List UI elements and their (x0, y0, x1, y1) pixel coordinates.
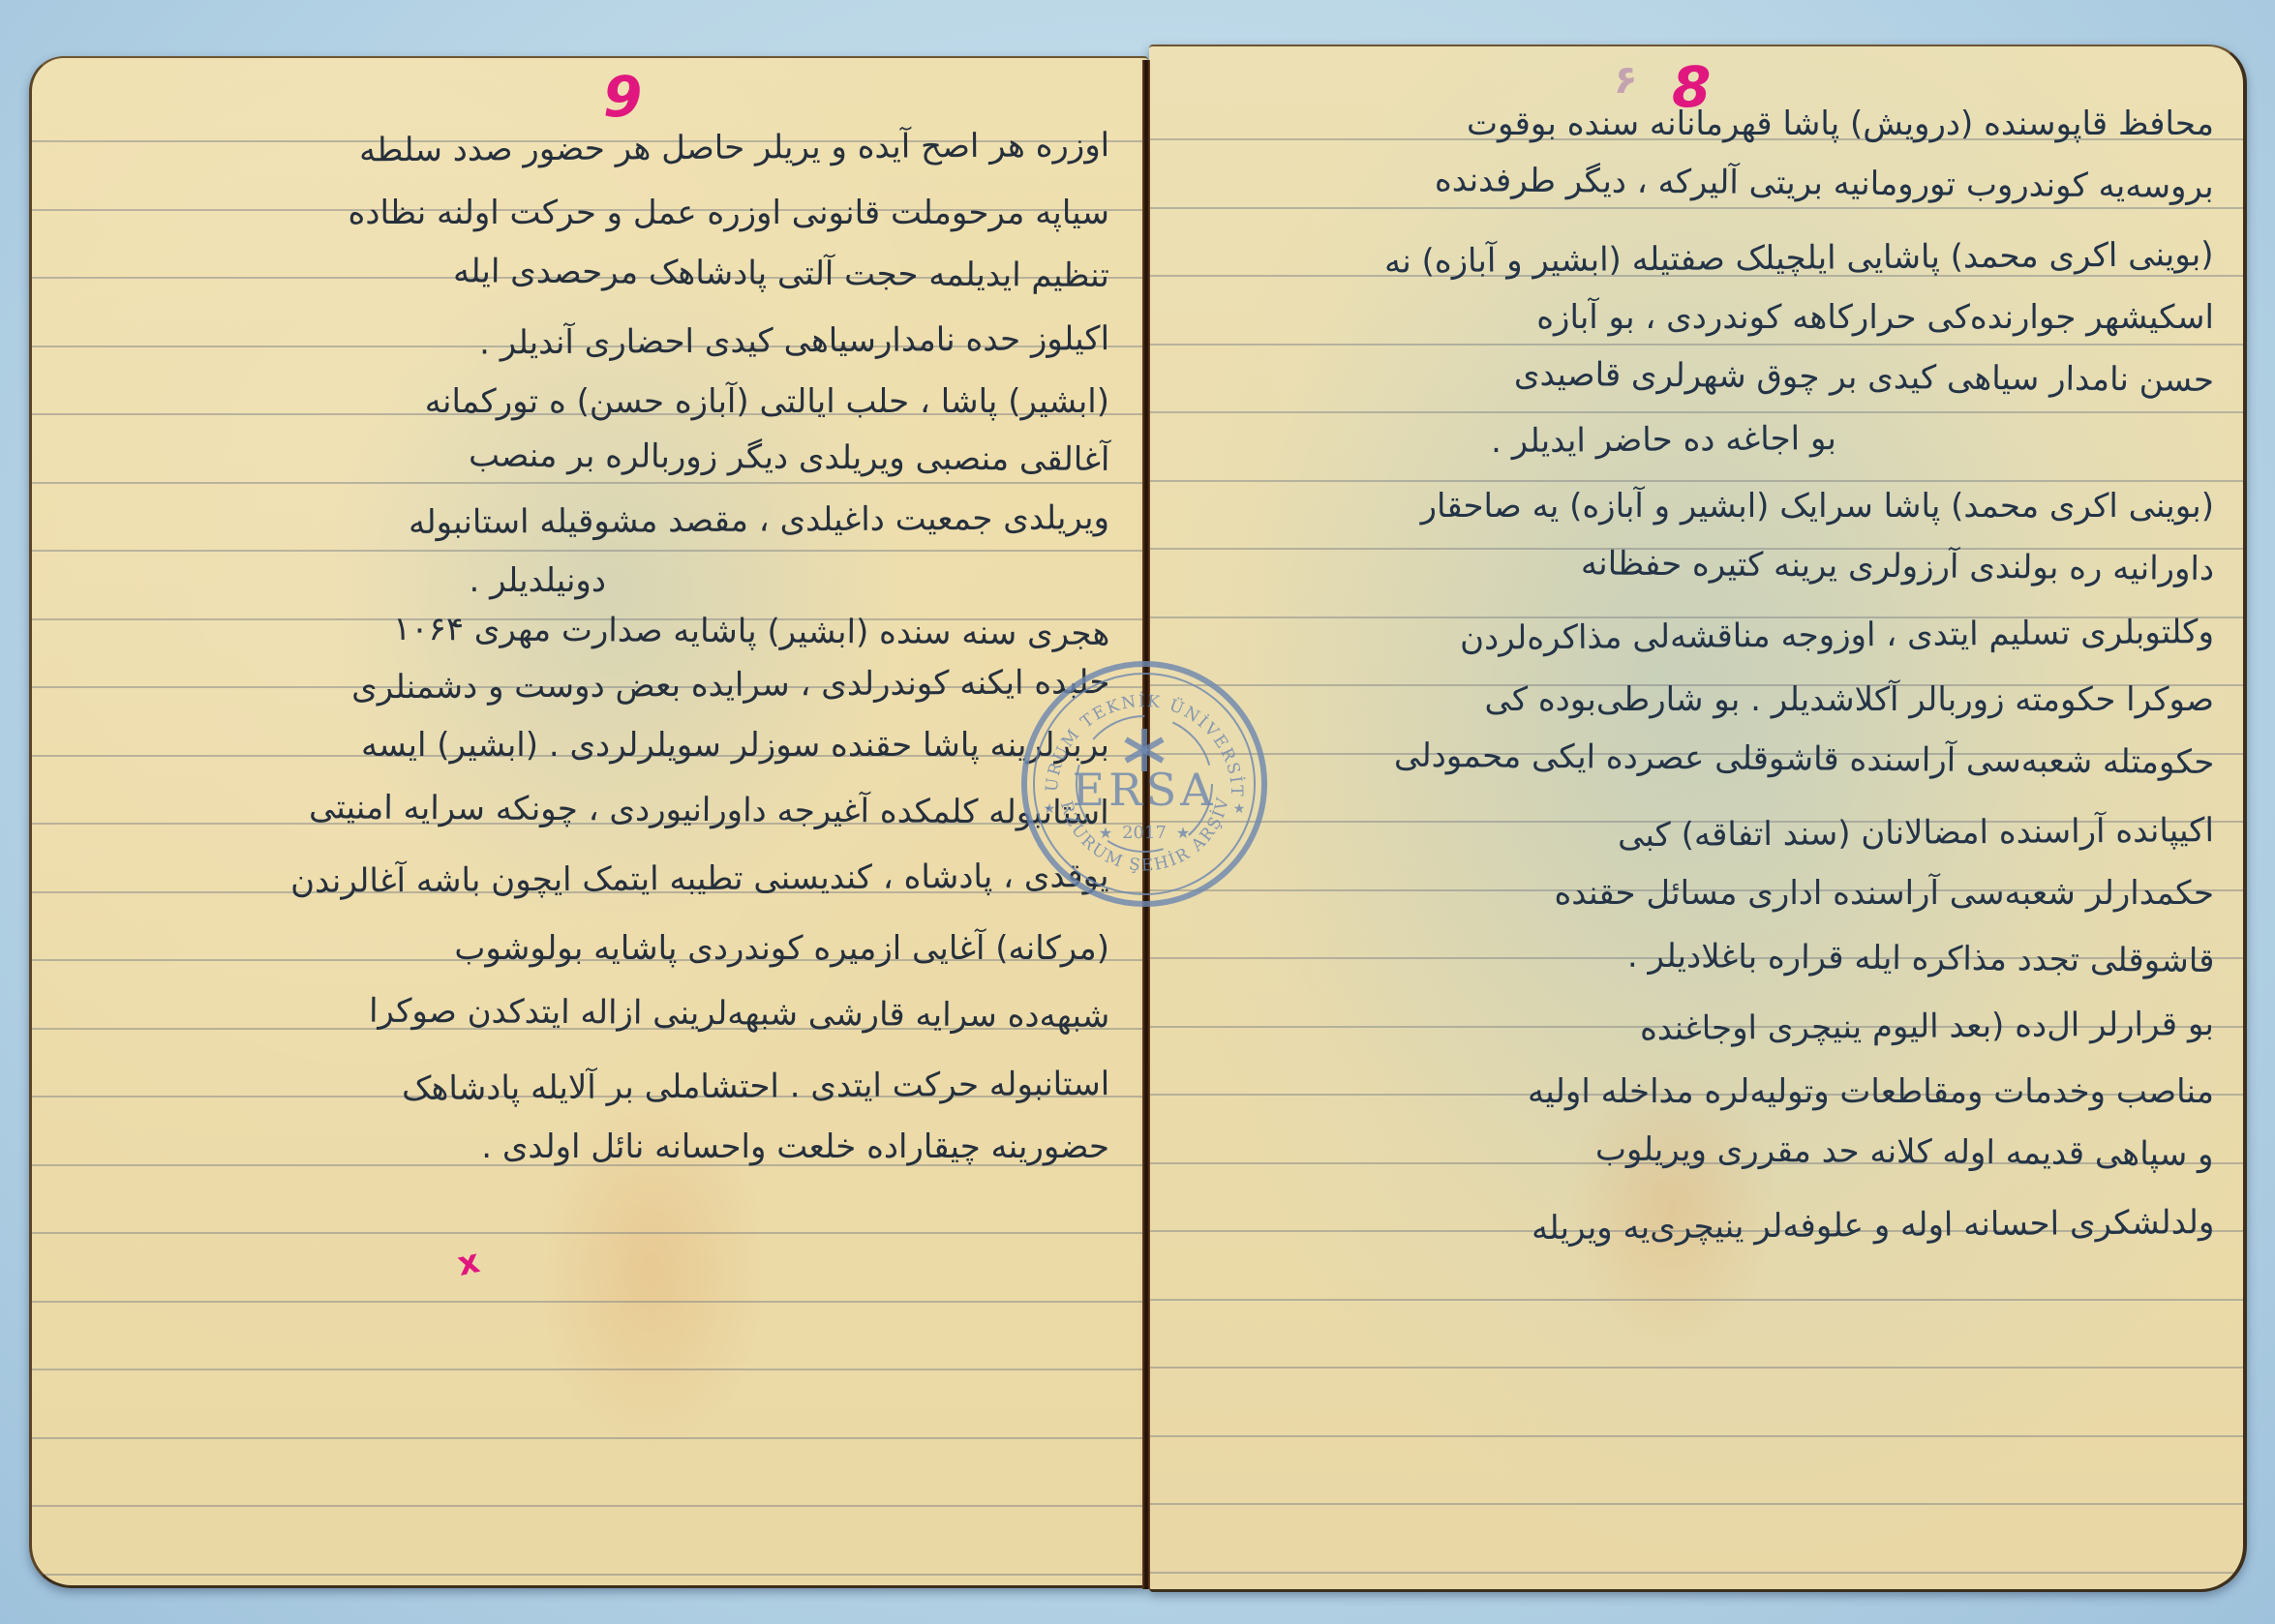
handwritten-line: مناصب وخدمات ومقاطعات وتولیه‌لره مداخله … (1528, 1072, 2214, 1111)
handwritten-line: (ابشیر) پاشا ، حلب ایالتی (آبازه حسن) ه … (425, 382, 1109, 421)
ruled-line (1149, 480, 2243, 482)
ruled-line (32, 1505, 1148, 1507)
handwritten-line: اکیپانده آراسنده امضالانان (سند اتفاقه) … (1618, 811, 2214, 855)
handwritten-line: هجری سنه سنده (ابشیر) پاشایه صدارت مهری … (393, 610, 1110, 653)
ruled-line (1149, 1367, 2243, 1368)
handwritten-line: حضورینه چیقاراده خلعت واحسانه نائل اولدی… (481, 1128, 1109, 1166)
handwritten-line: حکومتله شعبه‌سی آراسنده قاشوقلی عصرده ای… (1394, 737, 2215, 782)
handwritten-line: بربرلرینه پاشا حقنده سوزلر سویلرلردی . (… (361, 726, 1109, 765)
handwritten-line: حلبده ایکنه کوندرلدی ، سرایده بعض دوست و… (350, 663, 1109, 707)
ruled-line (32, 1368, 1148, 1370)
handwritten-line: شبهه‌ده سرایه قارشی شبهه‌لرینی ازاله ایت… (369, 992, 1110, 1036)
right-page: ۶ 8 محافظ قاپوسنده (درویش) پاشا قهرمانان… (1149, 45, 2247, 1592)
margin-mark: x (454, 1242, 483, 1284)
faint-page-number: ۶ (1614, 58, 1637, 103)
handwritten-line: تنظیم ایدیلمه حجت آلتی پادشاهک مرحصدی ای… (453, 252, 1109, 295)
handwritten-line: (بوینی اکری محمد) پاشایی ایلچیلک صفتیله … (1384, 235, 2214, 281)
handwritten-line: دونیلدیلر . (470, 561, 606, 600)
handwritten-line: یوقدی ، پادشاه ، کندیسنی تطیبه ایتمک ایچ… (290, 857, 1109, 901)
handwritten-line: اسکیشهر جوارنده‌کی حرارکاهه کوندردی ، بو… (1536, 298, 2214, 337)
handwritten-line: اکیلوز حده نامدارسیاهی کیدی احضاری آندیل… (479, 319, 1109, 363)
handwritten-line: محافظ قاپوسنده (درویش) پاشا قهرمانانه سن… (1467, 105, 2214, 143)
handwritten-line: بروسه‌یه کوندروب تورومانیه بریتی آلیرکه … (1435, 161, 2214, 206)
ruled-line (32, 550, 1148, 552)
handwritten-line: حکمدارلر شعبه‌سی آراسنده اداری مسائل حقن… (1554, 874, 2214, 913)
page-number-left: 9 (603, 64, 642, 130)
ruled-line (1149, 344, 2243, 346)
handwritten-line: داورانیه ره بولندی آرزولری یرینه کتیره ح… (1581, 544, 2214, 588)
handwritten-line: ویریلدی جمعیت داغیلدی ، مقصد مشوقیله است… (409, 498, 1109, 542)
ruled-line (1149, 1572, 2243, 1574)
left-page: 9 x اوزره هر اصح آیده و یریلر حاصل هر حض… (29, 56, 1148, 1588)
handwritten-line: بو اجاغه ده حاضر ایدیلر . (1491, 419, 1836, 461)
handwritten-line: (مرکانه) آغایی ازمیره کوندردی پاشایه بول… (454, 929, 1109, 968)
ruled-line (32, 1232, 1148, 1234)
ruled-line (1149, 1435, 2243, 1437)
ruled-line (1149, 1503, 2243, 1505)
handwritten-line: وکلتوبلری تسلیم ایتدی ، اوزوجه مناقشه‌لی… (1460, 613, 2214, 658)
handwritten-line: بو قرارلر ال‌ده (بعد الیوم ینیچری اوجاغن… (1640, 1005, 2214, 1048)
handwritten-line: ولدلشکری احسانه اوله و علوفه‌لر ینیچری‌ی… (1532, 1203, 2215, 1248)
handwritten-line: حسن نامدار سیاهی کیدی بر چوق شهرلری قاصی… (1514, 355, 2214, 400)
handwritten-line: اوزره هر اصح آیده و یریلر حاصل هر حضور ص… (359, 126, 1109, 169)
handwritten-line: (بوینی اکری محمد) پاشا سرایک (ابشیر و آب… (1421, 487, 2214, 526)
handwritten-line: آغالقی منصبی ویریلدی دیگر زوربالره بر من… (468, 436, 1109, 479)
ruled-line (32, 482, 1148, 484)
handwritten-line: سیاپه مرحوملت قانونی اوزره عمل و حرکت او… (349, 194, 1109, 232)
ruled-line (1149, 1299, 2243, 1301)
handwritten-line: صوکرا حکومته زوربالر آکلاشدیلر . بو شارط… (1485, 680, 2214, 719)
ruled-line (32, 1574, 1148, 1576)
handwritten-line: استانبوله کلمکده آغیرجه داورانیوردی ، چو… (309, 788, 1109, 832)
notebook-binding (1142, 60, 1150, 1589)
handwritten-line: استانبوله حرکت ایتدی . احتشاملی بر آلایل… (402, 1065, 1110, 1108)
handwritten-line: و سپاهی قدیمه اوله کلانه حد مقرری ویریلو… (1595, 1129, 2214, 1174)
ruled-line (1149, 207, 2243, 209)
ruled-line (32, 1301, 1148, 1303)
ruled-line (1149, 411, 2243, 413)
handwritten-line: قاشوقلی تجدد مذاکره ایله قراره باغلادیلر… (1626, 937, 2214, 980)
ruled-line (32, 1437, 1148, 1439)
